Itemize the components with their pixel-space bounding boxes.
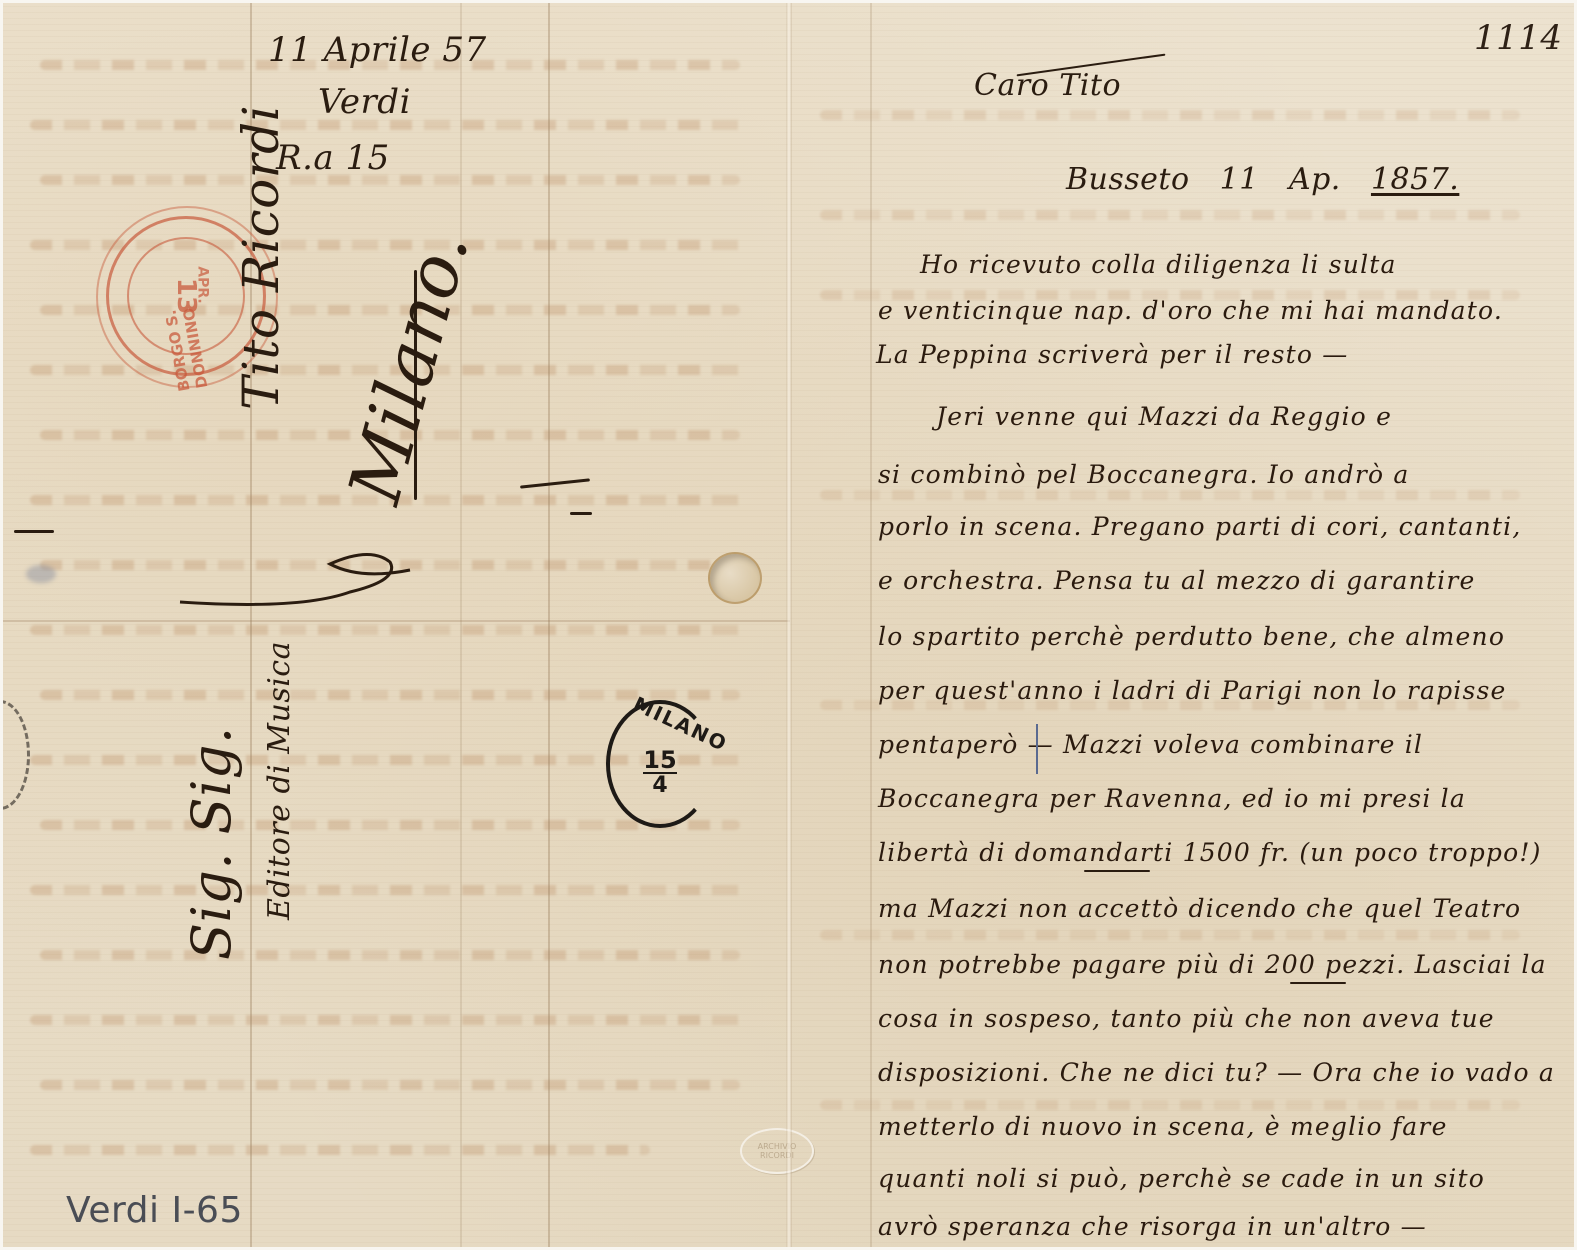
ink-mark (14, 530, 54, 533)
body-line: metterlo di nuovo in scena, è meglio far… (878, 1112, 1448, 1141)
bleed-through (820, 210, 1520, 220)
dateline-month: Ap. (1289, 162, 1341, 197)
address-name: Tito Ricordi (232, 105, 290, 410)
bleed-through (40, 175, 740, 185)
insertion-mark (1036, 724, 1038, 774)
body-line: libertà di domandarti 1500 fr. (un poco … (878, 838, 1542, 867)
body-line: si combinò pel Boccanegra. Io andrò a (878, 460, 1410, 489)
fold-line (460, 0, 462, 1250)
docket-name: Verdi (318, 82, 411, 122)
body-line: pentaperò — Mazzi voleva combinare il (878, 730, 1423, 759)
body-line: Jeri venne qui Mazzi da Reggio e (936, 402, 1392, 431)
right-page: 1114 Caro Tito Busseto 11 Ap. 1857. Ho r… (790, 0, 1577, 1250)
bleed-through (30, 885, 750, 895)
body-line: avrò speranza che risorga in un'altro — (878, 1212, 1427, 1241)
body-line: quanti noli si può, perchè se cade in un… (878, 1164, 1485, 1193)
bleed-through (30, 1145, 650, 1155)
body-line: lo spartito perchè perdutto bene, che al… (878, 622, 1505, 651)
bleed-through (820, 110, 1520, 120)
docket-date: 11 Aprile 57 (268, 30, 487, 70)
bleed-through (820, 930, 1520, 940)
postmark-black-day: 15 (643, 748, 676, 774)
postmark-red-month: APR. (194, 266, 210, 303)
body-line: ma Mazzi non accettò dicendo che quel Te… (878, 894, 1521, 923)
bleed-through (820, 1100, 1520, 1110)
address-name-surname: Tito Ricordi (232, 105, 290, 410)
partial-postmark-edge (0, 700, 30, 810)
pencil-shelfmark: Verdi I-65 (66, 1190, 243, 1231)
wax-seal-remnant (708, 552, 762, 604)
bleed-through (40, 950, 740, 960)
docket-reference: R.a 15 (276, 138, 390, 178)
dateline: Busseto 11 Ap. 1857. (1066, 162, 1459, 197)
body-line: disposizioni. Che ne dici tu? — Ora che … (878, 1058, 1555, 1087)
body-line: e venticinque nap. d'oro che mi hai mand… (878, 296, 1503, 325)
left-page: 11 Aprile 57 Verdi R.a 15 BORGO S. DONNI… (0, 0, 790, 1250)
address-subtitle: Editore di Musica (262, 641, 297, 920)
letter-sheet: 11 Aprile 57 Verdi R.a 15 BORGO S. DONNI… (0, 0, 1577, 1250)
body-line: non potrebbe pagare più di 200 pezzi. La… (878, 950, 1547, 979)
body-line: Ho ricevuto colla diligenza li sulta (920, 250, 1397, 279)
ink-smudge (26, 565, 56, 583)
bleed-through (30, 1015, 750, 1025)
dateline-year: 1857. (1371, 162, 1459, 197)
ink-mark (570, 512, 592, 515)
postmark-black: MILANO 15 4 (606, 700, 714, 828)
amount-underline (1084, 870, 1150, 872)
salutation: Caro Tito (974, 68, 1121, 103)
folio-number: 1114 (1474, 18, 1563, 58)
bleed-through (820, 490, 1520, 500)
fold-line (548, 0, 550, 1250)
body-line: La Peppina scriverà per il resto — (876, 340, 1348, 369)
postmark-black-month: 4 (652, 774, 667, 798)
address-salutation: Sig. Sig. (180, 726, 243, 960)
fold-line (870, 0, 872, 1250)
dateline-place: Busseto (1066, 162, 1190, 197)
flourish-stroke (160, 540, 420, 640)
bleed-through (40, 690, 740, 700)
amount-underline (1290, 982, 1346, 984)
body-line: e orchestra. Pensa tu al mezzo di garant… (878, 566, 1476, 595)
body-line: Boccanegra per Ravenna, ed io mi presi l… (878, 784, 1466, 813)
bleed-through (40, 1080, 740, 1090)
body-line: porlo in scena. Pregano parti di cori, c… (878, 512, 1521, 541)
body-line: cosa in sospeso, tanto più che non aveva… (878, 1004, 1495, 1033)
dateline-day: 11 (1220, 162, 1259, 197)
ink-mark (520, 478, 590, 488)
body-line: per quest'anno i ladri di Parigi non lo … (878, 676, 1507, 705)
bleed-through (40, 820, 740, 830)
address-underline (414, 270, 417, 500)
